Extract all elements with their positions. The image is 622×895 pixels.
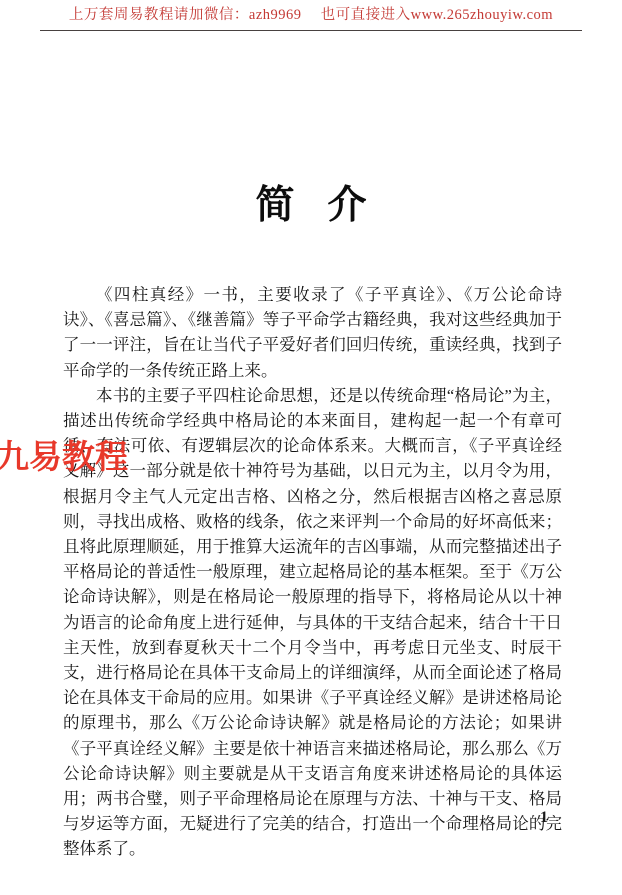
header-divider-line (40, 30, 582, 31)
body-paragraph-2: 本书的主要子平四柱论命思想，还是以传统命理“格局论”为主，描述出传统命学经典中格… (63, 383, 562, 862)
page-number: 1 (540, 809, 548, 827)
page-title: 简介 (0, 174, 622, 230)
page-title-char-2: 介 (328, 174, 367, 230)
book-page: 上万套周易教程请加微信：azh9969 也可直接进入www.265zhouyiw… (0, 0, 622, 895)
body-paragraph-1: 《四柱真经》一书，主要收录了《子平真诠》、《万公论命诗诀》、《喜忌篇》、《继善篇… (63, 282, 562, 383)
site-watermark: 九易教程 (0, 431, 128, 478)
page-title-char-1: 简 (255, 174, 294, 230)
body-text: 《四柱真经》一书，主要收录了《子平真诠》、《万公论命诗诀》、《喜忌篇》、《继善篇… (63, 282, 562, 862)
promo-header-text: 上万套周易教程请加微信：azh9969 也可直接进入www.265zhouyiw… (0, 3, 622, 24)
